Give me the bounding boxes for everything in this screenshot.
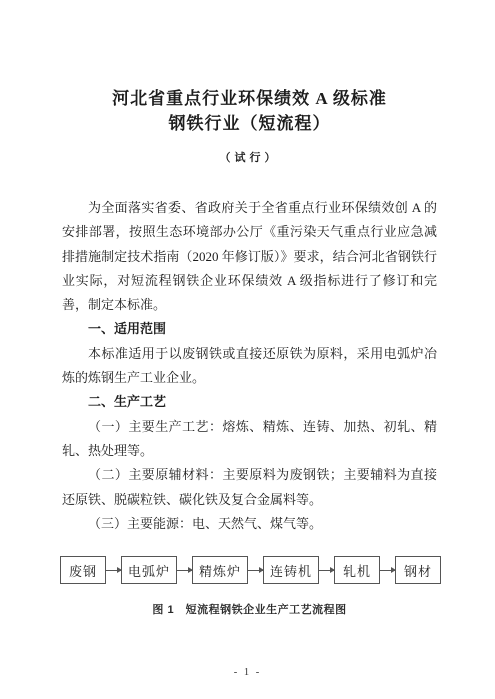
doc-subtitle: （试行） — [62, 149, 437, 165]
flow-step-electric-arc-furnace: 电弧炉 — [121, 556, 177, 584]
arrow-right-icon — [380, 570, 395, 571]
flow-step-steel-product: 钢材 — [395, 556, 441, 584]
process-item-2: （二）主要原辅材料：主要原料为废钢铁；主要辅料为直接还原铁、脱碳粒铁、碳化铁及复… — [62, 463, 437, 512]
page-number: - 1 - — [0, 667, 495, 678]
intro-paragraph: 为全面落实省委、省政府关于全省重点行业环保绩效创 A 的安排部署，按照生态环境部… — [62, 196, 437, 317]
process-item-1: （一）主要生产工艺：熔炼、精炼、连铸、加热、初轧、精轧、热处理等。 — [62, 415, 437, 464]
document-page: 河北省重点行业环保绩效 A 级标准 钢铁行业（短流程） （试行） 为全面落实省委… — [0, 0, 495, 699]
arrow-right-icon — [319, 570, 334, 571]
figure-caption: 图 1 短流程钢铁企业生产工艺流程图 — [62, 601, 437, 617]
arrow-right-icon — [177, 570, 192, 571]
doc-title: 河北省重点行业环保绩效 A 级标准 钢铁行业（短流程） — [62, 86, 437, 136]
section-heading-process: 二、生产工艺 — [62, 390, 437, 414]
flow-step-refining-furnace: 精炼炉 — [192, 556, 248, 584]
flow-step-continuous-caster: 连铸机 — [263, 556, 319, 584]
process-item-3: （三）主要能源：电、天然气、煤气等。 — [62, 512, 437, 536]
section-heading-scope: 一、适用范围 — [62, 317, 437, 341]
flow-step-rolling-mill: 轧机 — [334, 556, 380, 584]
arrow-right-icon — [248, 570, 263, 571]
process-flowchart: 废钢 电弧炉 精炼炉 连铸机 轧机 钢材 — [60, 556, 437, 584]
document-body: 为全面落实省委、省政府关于全省重点行业环保绩效创 A 的安排部署，按照生态环境部… — [62, 196, 437, 536]
doc-title-line2: 钢铁行业（短流程） — [62, 111, 437, 136]
flow-step-scrap-steel: 废钢 — [60, 556, 106, 584]
page-content: 河北省重点行业环保绩效 A 级标准 钢铁行业（短流程） （试行） 为全面落实省委… — [62, 0, 437, 617]
scope-paragraph: 本标准适用于以废钢铁或直接还原铁为原料，采用电弧炉冶炼的炼钢生产工业企业。 — [62, 342, 437, 391]
arrow-right-icon — [106, 570, 121, 571]
doc-title-line1: 河北省重点行业环保绩效 A 级标准 — [62, 86, 437, 111]
